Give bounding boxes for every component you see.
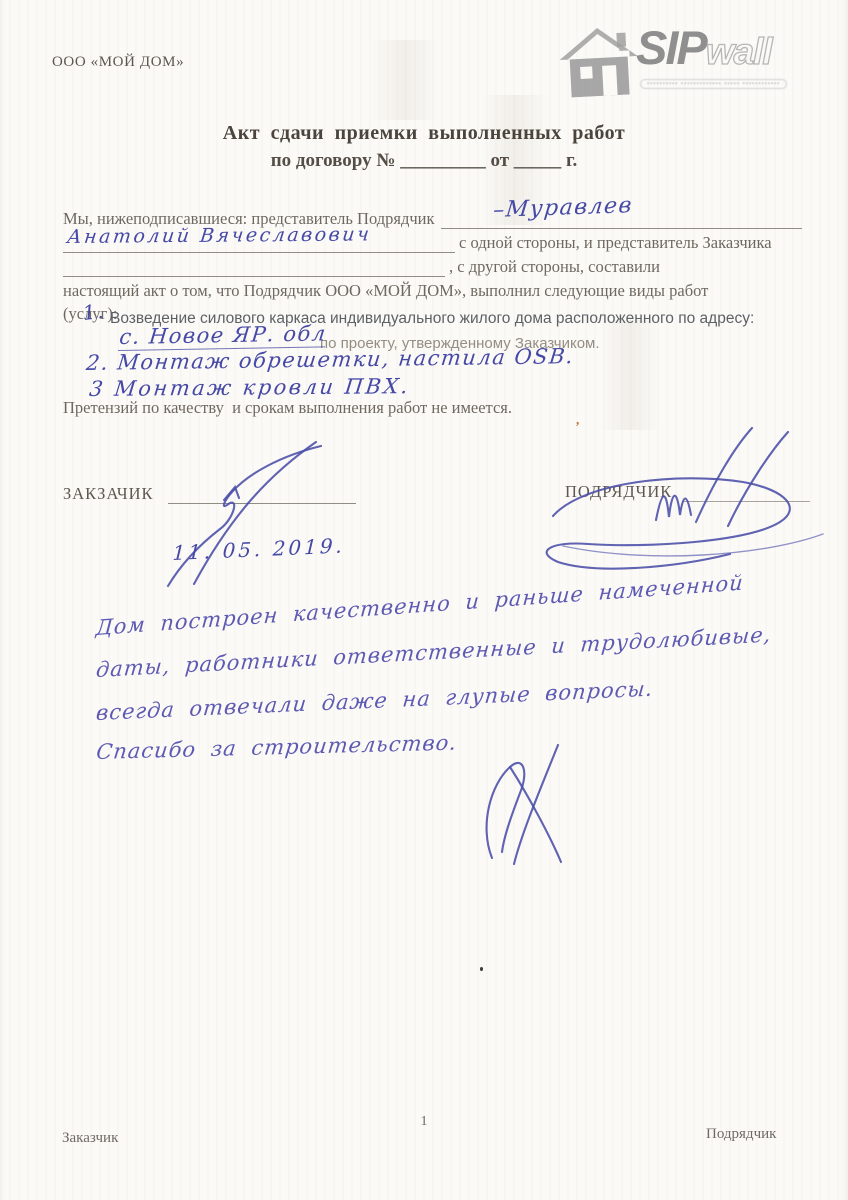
review-signature — [462, 740, 582, 868]
body-line-3: , с другой стороны, составили — [63, 257, 802, 277]
scan-speck — [480, 967, 483, 971]
body-line-3-text: , с другой стороны, составили — [449, 257, 660, 277]
company-name: ООО «МОЙ ДОМ» — [52, 54, 184, 71]
scan-streak — [600, 320, 660, 430]
handwritten-contractor-name: Анатолий Вячеславович — [66, 223, 373, 248]
handwritten-item3: 3 Монтаж кровли ПВХ. — [88, 374, 412, 401]
handwritten-address: с. Новое ЯР. обл — [118, 321, 328, 351]
brand-wall: wall — [706, 31, 772, 72]
sipwall-logo: SIPwall ▪▪▪▪▪▪▪▪▪▪ ▪▪▪▪▪▪▪▪▪▪▪▪▪ ▪▪▪▪▪ ▪… — [560, 16, 816, 104]
review-line-3: всегда отвечали даже на глупые вопросы. — [95, 677, 654, 725]
claims-line: Претензий по качеству и срокам выполнени… — [63, 398, 512, 418]
brand-wordmark: SIPwall — [636, 20, 772, 75]
scanned-document-page: ООО «МОЙ ДОМ» SIPwall ▪▪▪▪▪▪▪▪▪▪ ▪▪▪▪▪▪▪… — [0, 0, 848, 1200]
customer-signature — [128, 436, 338, 586]
handwritten-item1-number: 1. — [81, 299, 105, 325]
footer-customer: Заказчик — [62, 1130, 118, 1147]
handwritten-contractor-surname: –Муравлев — [492, 193, 634, 223]
brand-sip: SIP — [636, 21, 706, 74]
document-subtitle: по договору № _________ от _____ г. — [0, 150, 848, 172]
document-title: Акт сдачи приемки выполненных работ — [0, 122, 848, 145]
body-line-2-text: с одной стороны, и представитель Заказчи… — [459, 233, 772, 253]
contractor-signature — [528, 424, 828, 574]
footer-contractor: Подрядчик — [706, 1126, 776, 1143]
blank-line — [63, 259, 445, 277]
scan-streak — [370, 40, 440, 120]
body-line-4: настоящий акт о том, что Подрядчик ООО «… — [63, 281, 708, 301]
logo-tagline: ▪▪▪▪▪▪▪▪▪▪ ▪▪▪▪▪▪▪▪▪▪▪▪▪ ▪▪▪▪▪ ▪▪▪▪▪▪▪▪▪… — [640, 79, 787, 89]
house-icon — [558, 26, 640, 103]
review-line-4: Спасибо за строительство. — [95, 730, 458, 764]
